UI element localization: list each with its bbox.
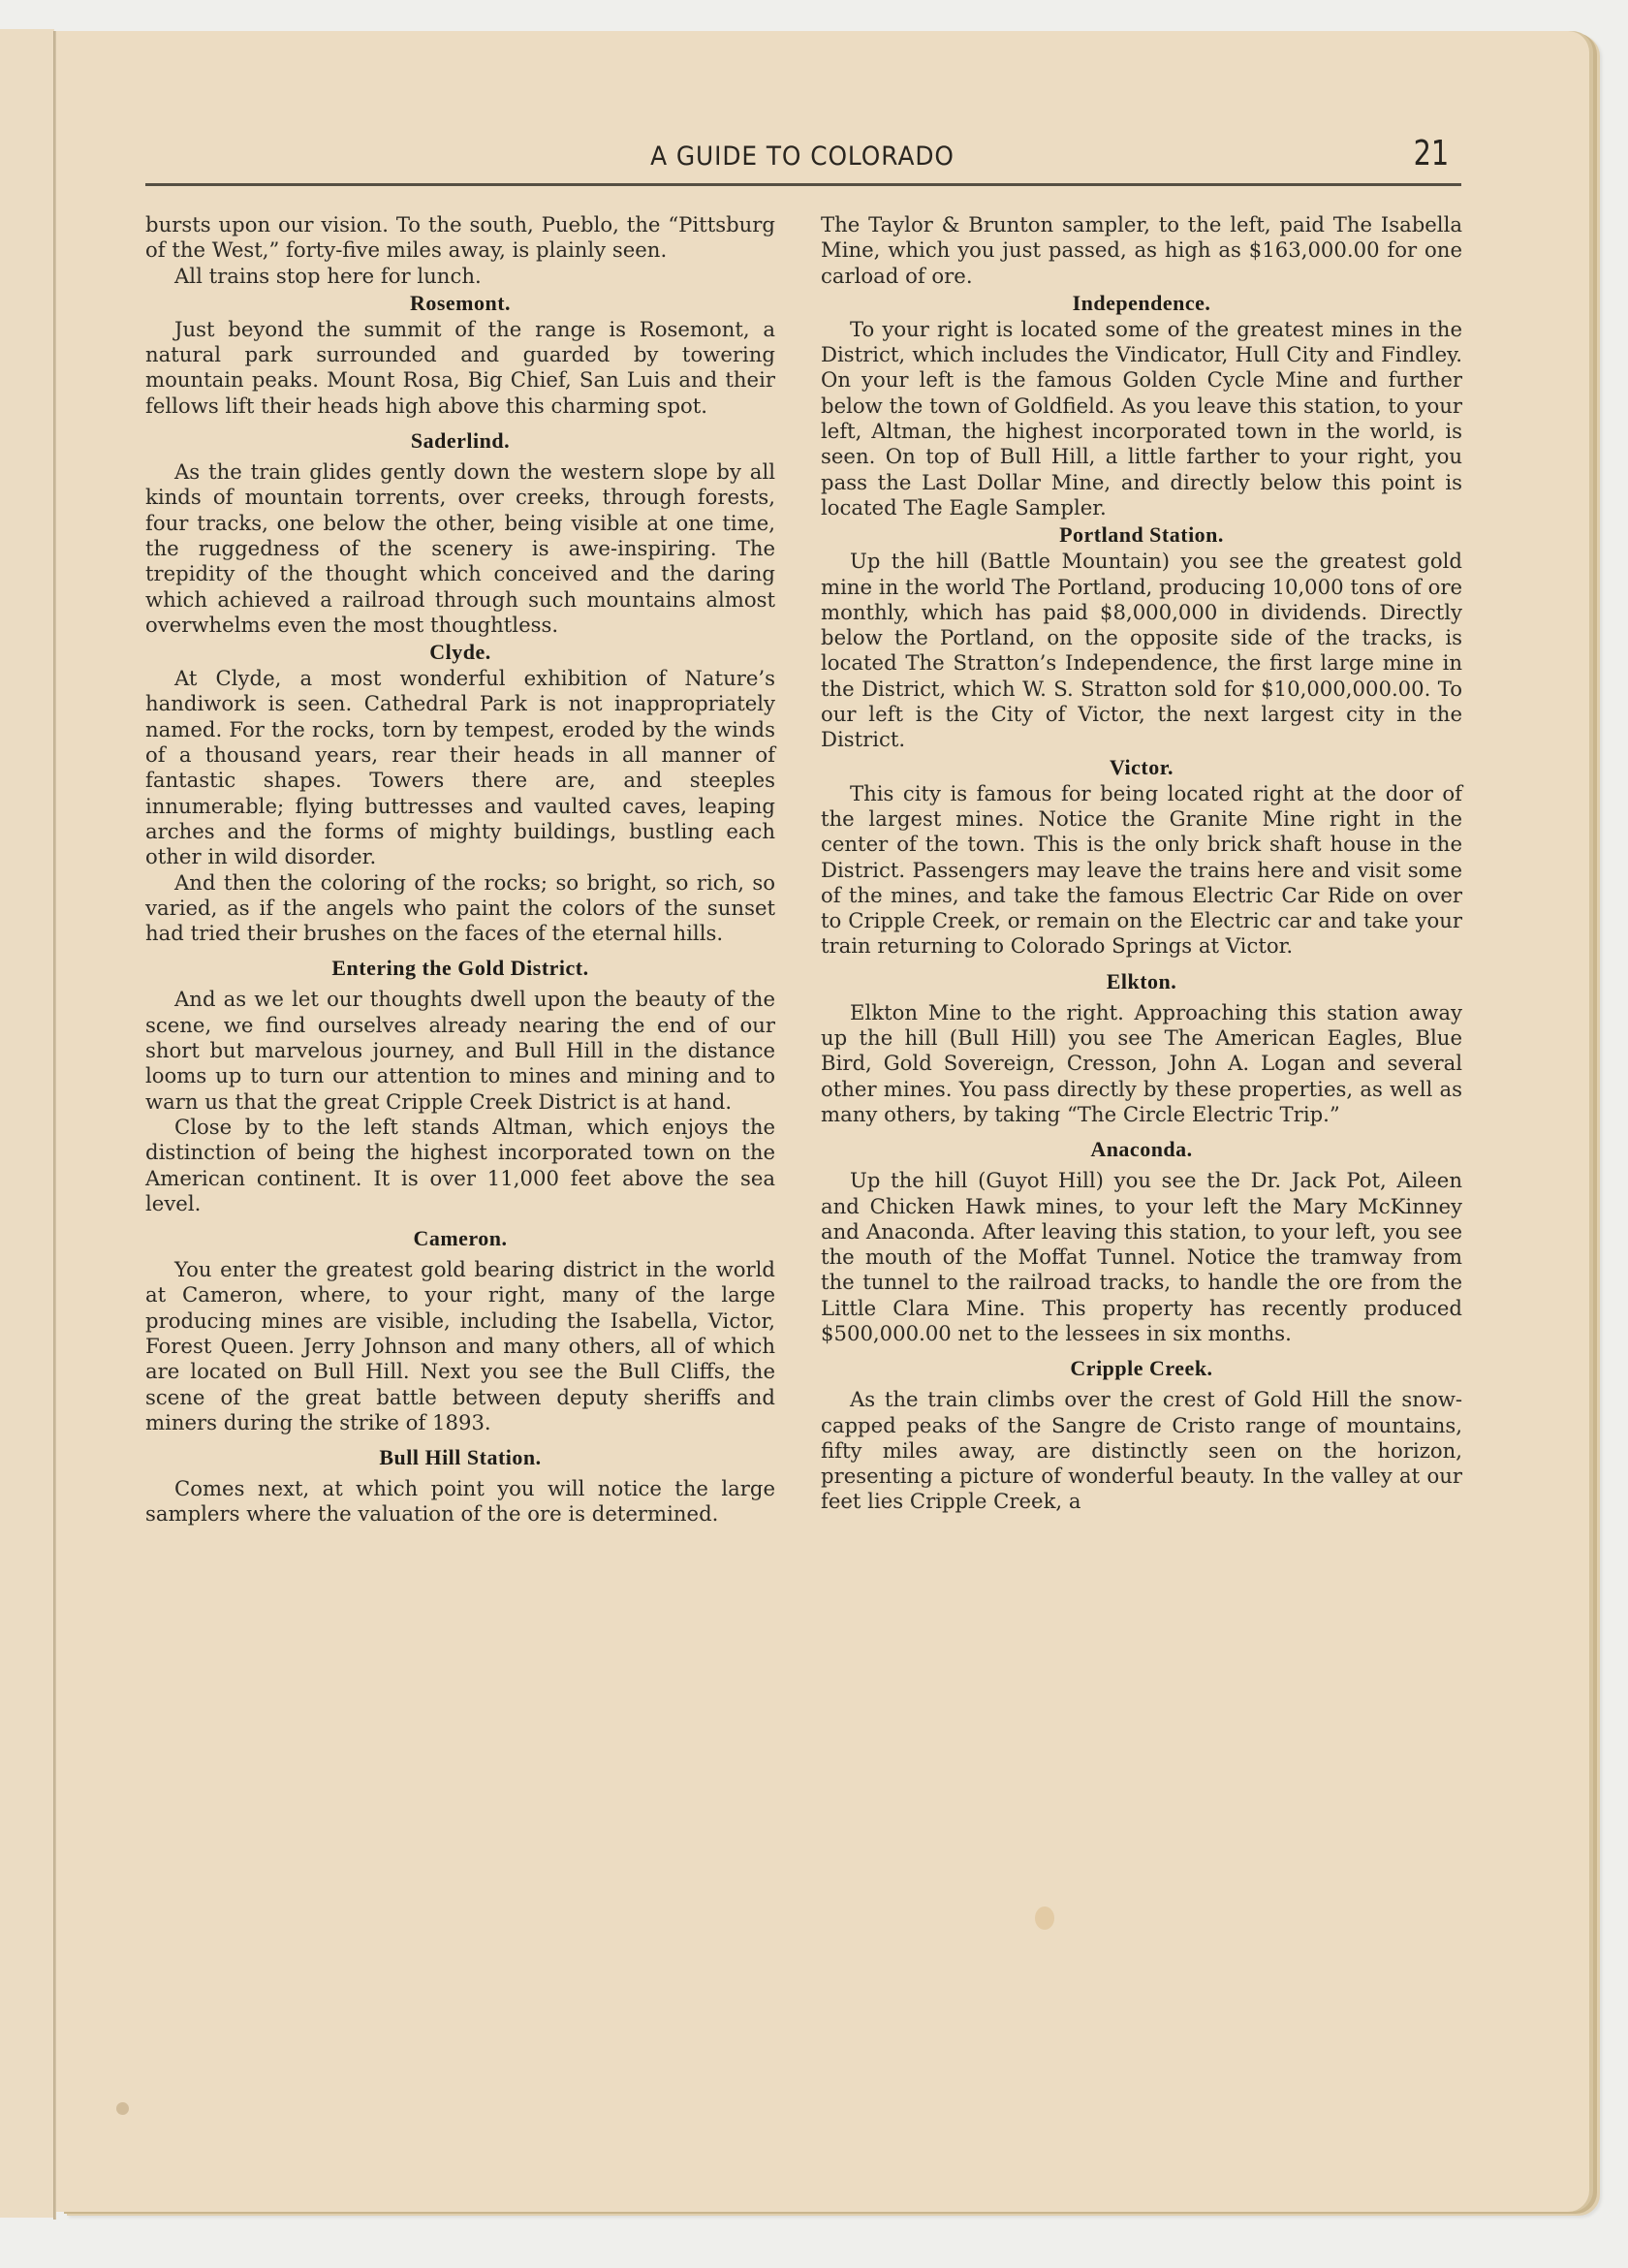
running-header: A GUIDE TO COLORADO 21 <box>145 134 1459 184</box>
paragraph: All trains stop here for lunch. <box>145 264 775 289</box>
facing-page-edge <box>0 29 54 2218</box>
paragraph: As the train glides gently down the west… <box>145 459 775 638</box>
header-rule <box>145 183 1461 186</box>
section-heading-saderlind: Saderlind. <box>145 419 775 459</box>
paragraph: You enter the greatest gold bearing dist… <box>145 1257 775 1435</box>
section-heading-cameron: Cameron. <box>145 1216 775 1257</box>
section-heading-clyde: Clyde. <box>145 638 775 666</box>
paragraph: And as we let our thoughts dwell upon th… <box>145 987 775 1114</box>
running-title: A GUIDE TO COLORADO <box>198 142 1407 172</box>
paragraph: To your right is located some of the gre… <box>821 317 1462 520</box>
paragraph: As the train climbs over the crest of Go… <box>821 1387 1462 1514</box>
paragraph: And then the coloring of the rocks; so b… <box>145 870 775 947</box>
section-heading-elkton: Elkton. <box>821 960 1462 1000</box>
paragraph: bursts upon our vision. To the south, Pu… <box>145 212 775 264</box>
section-heading-portland-station: Portland Station. <box>821 520 1462 549</box>
section-heading-entering-the-gold-district: Entering the Gold District. <box>145 946 775 987</box>
paper-stain <box>116 2102 129 2115</box>
page-number: 21 <box>1414 134 1450 173</box>
right-column: The Taylor & Brunton sampler, to the lef… <box>821 212 1462 1515</box>
paragraph: Up the hill (Battle Mountain) you see th… <box>821 549 1462 752</box>
section-heading-cripple-creek: Cripple Creek. <box>821 1346 1462 1387</box>
paragraph: Just beyond the summit of the range is R… <box>145 317 775 419</box>
paragraph: At Clyde, a most wonderful exhibition of… <box>145 666 775 869</box>
section-heading-bull-hill-station: Bull Hill Station. <box>145 1435 775 1476</box>
section-heading-rosemont: Rosemont. <box>145 289 775 317</box>
paragraph: This city is famous for being located ri… <box>821 781 1462 960</box>
section-heading-anaconda: Anaconda. <box>821 1127 1462 1168</box>
paragraph: Elkton Mine to the right. Approaching th… <box>821 1000 1462 1127</box>
paragraph: The Taylor & Brunton sampler, to the lef… <box>821 212 1462 289</box>
paragraph: Comes next, at which point you will noti… <box>145 1476 775 1528</box>
paragraph: Up the hill (Guyot Hill) you see the Dr.… <box>821 1168 1462 1346</box>
section-heading-independence: Independence. <box>821 289 1462 317</box>
paper-stain <box>1035 1906 1054 1930</box>
paragraph: Close by to the left stands Altman, whic… <box>145 1115 775 1216</box>
section-heading-victor: Victor. <box>821 753 1462 781</box>
left-column: bursts upon our vision. To the south, Pu… <box>145 212 775 1528</box>
